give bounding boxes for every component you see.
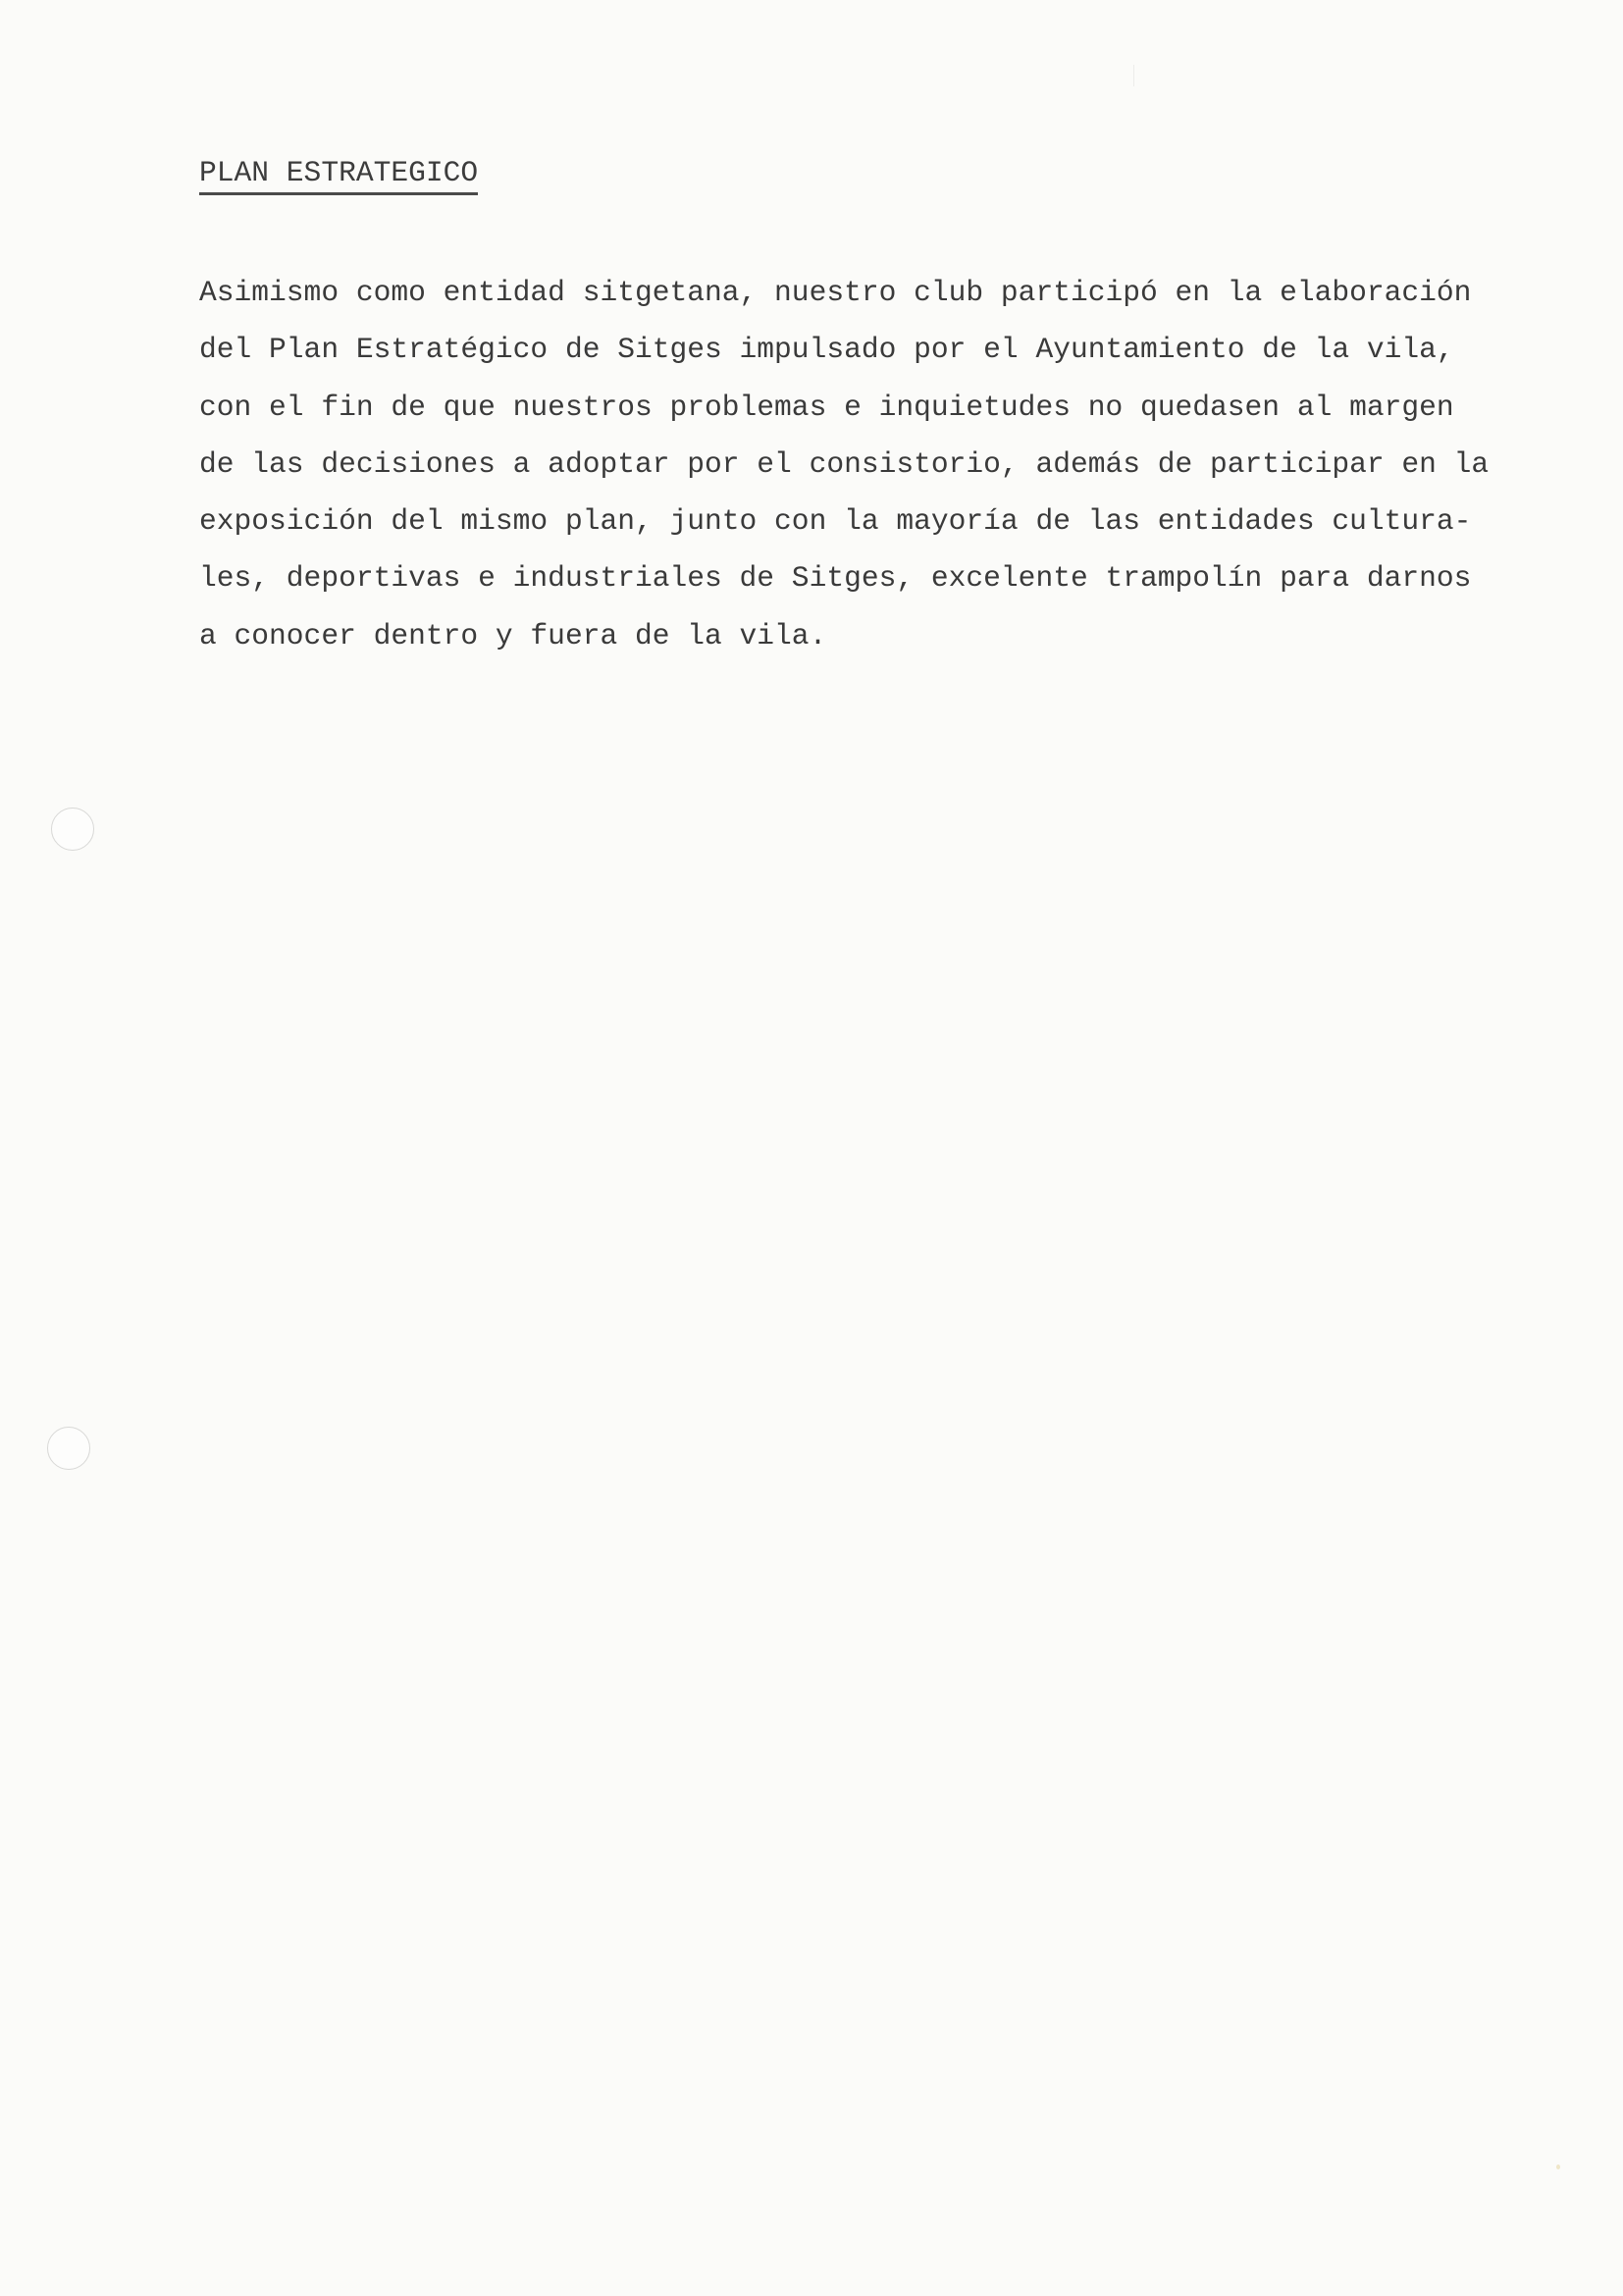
document-paragraph: Asimismo como entidad sitgetana, nuestro… [199, 273, 1504, 673]
document-heading: PLAN ESTRATEGICO [199, 155, 478, 195]
punch-hole-icon [51, 808, 94, 851]
paragraph-line: les, deportivas e industriales de Sitges… [199, 558, 1504, 615]
paragraph-line: de las decisiones a adoptar por el consi… [199, 444, 1504, 501]
punch-hole-icon [47, 1427, 90, 1470]
paragraph-line: Asimismo como entidad sitgetana, nuestro… [199, 273, 1504, 330]
paper-speck [1556, 2165, 1560, 2169]
paragraph-line: del Plan Estratégico de Sitges impulsado… [199, 330, 1504, 387]
paragraph-line: exposición del mismo plan, junto con la … [199, 501, 1504, 558]
paragraph-line: con el fin de que nuestros problemas e i… [199, 388, 1504, 444]
paragraph-line: a conocer dentro y fuera de la vila. [199, 616, 1504, 673]
document-page: PLAN ESTRATEGICO Asimismo como entidad s… [0, 0, 1623, 2296]
paper-mark [1133, 65, 1134, 86]
